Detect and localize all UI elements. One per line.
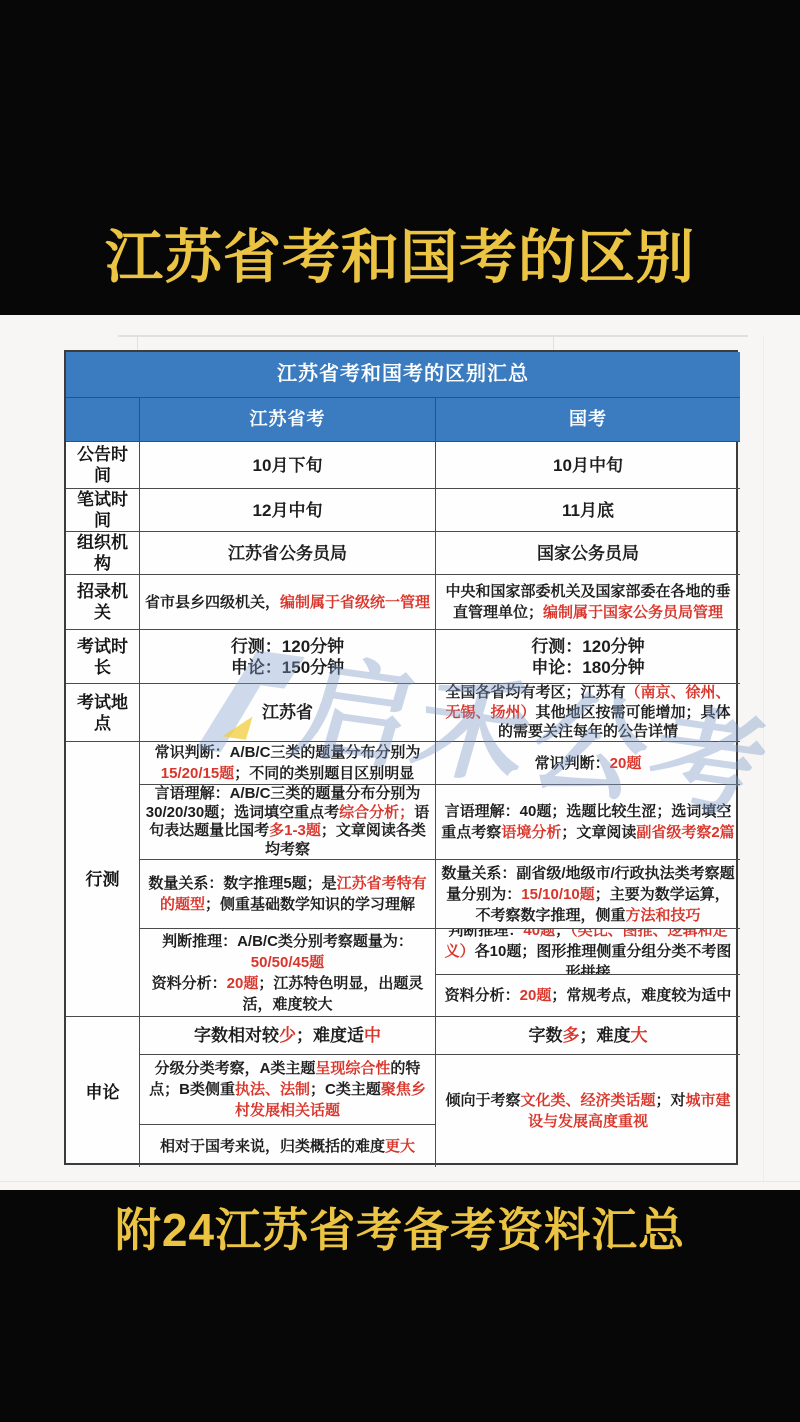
grid-artifact-line [553, 335, 554, 350]
table-title-text: 江苏省考和国考的区别汇总 [277, 364, 529, 385]
cell-organizer-js: 江苏省公务员局 [140, 532, 436, 575]
row-label-xingce: 行测 [66, 742, 140, 1017]
row-label-text: 招录机关 [69, 581, 136, 623]
col-header-text: 国考 [569, 409, 607, 430]
cell-text: 数量关系：副省级/地级市/行政执法类考察题量分别为：15/10/10题；主要为数… [439, 863, 737, 926]
cell-text: 10月中旬 [553, 455, 623, 476]
col-header-guokao: 国考 [436, 398, 740, 442]
cell-text: 相对于国考来说，归类概括的难度更大 [160, 1136, 415, 1157]
cell-location-gk: 全国各省均有考区；江苏有（南京、徐州、无锡、扬州）其他地区按需可能增加；具体的需… [436, 684, 740, 742]
cell-announce-js: 10月下旬 [140, 442, 436, 489]
row-label-recruiting-agency: 招录机关 [66, 575, 140, 630]
cell-panduan-ziliao-js: 判断推理：A/B/C类分别考察题量为： 50/50/45题 资料分析：20题；江… [140, 929, 436, 1017]
row-label-text: 笔试时间 [69, 489, 136, 531]
cell-text: 数量关系：数字推理5题；是江苏省考特有的题型；侧重基础数学知识的学习理解 [143, 873, 432, 915]
cell-organizer-gk: 国家公务员局 [436, 532, 740, 575]
cell-ziliao-gk: 资料分析：20题；常规考点，难度较为适中 [436, 975, 740, 1017]
cell-text: 全国各省均有考区；江苏有（南京、徐州、无锡、扬州）其他地区按需可能增加；具体的需… [439, 684, 737, 742]
bottom-banner: 附24江苏省考备考资料汇总 [0, 1190, 800, 1422]
cell-text: 国家公务员局 [537, 543, 639, 564]
col-header-text: 江苏省考 [250, 409, 326, 430]
cell-changshi-js: 常识判断：A/B/C三类的题量分布分别为15/20/15题；不同的类别题目区别明… [140, 742, 436, 785]
row-label-exam-location: 考试地点 [66, 684, 140, 742]
grid-artifact-line [118, 335, 748, 337]
grid-artifact-line [0, 1181, 800, 1182]
row-label-text: 行测 [86, 869, 120, 890]
row-label-announce-time: 公告时间 [66, 442, 140, 489]
row-label-written-exam-time: 笔试时间 [66, 489, 140, 532]
col-header-jiangsu: 江苏省考 [140, 398, 436, 442]
cell-zishu-js: 字数相对较少；难度适中 [140, 1017, 436, 1055]
cell-shuliang-gk: 数量关系：副省级/地级市/行政执法类考察题量分别为：15/10/10题；主要为数… [436, 860, 740, 929]
cell-recruit-gk: 中央和国家部委机关及国家部委在各地的垂直管理单位；编制属于国家公务员局管理 [436, 575, 740, 630]
cell-changshi-gk: 常识判断：20题 [436, 742, 740, 785]
cell-duration-js: 行测：120分钟 申论：150分钟 [140, 630, 436, 684]
bottom-banner-text: 附24江苏省考备考资料汇总 [0, 1204, 800, 1256]
top-banner: 江苏省考和国考的区别 [0, 0, 800, 315]
cell-text: 行测：120分钟 申论：150分钟 [231, 636, 344, 678]
cell-written-gk: 11月底 [436, 489, 740, 532]
cell-text: 江苏省 [262, 702, 313, 723]
cell-text: 中央和国家部委机关及国家部委在各地的垂直管理单位；编制属于国家公务员局管理 [439, 581, 737, 623]
col-header-empty [66, 398, 140, 442]
content-area: 江苏省考和国考的区别汇总 江苏省考 国考 公告时间 10月下旬 10月中旬 笔试… [0, 315, 800, 1190]
cell-duration-gk: 行测：120分钟 申论：180分钟 [436, 630, 740, 684]
cell-text: 行测：120分钟 申论：180分钟 [531, 636, 644, 678]
cell-text: 常识判断：20题 [535, 753, 642, 774]
cell-panduan-gk: 判断推理：40题；（类比、图推、逻辑和定义）各10题；图形推理侧重分组分类不考图… [436, 929, 740, 975]
cell-text: 言语理解：40题；选题比较生涩；选词填空重点考察语境分析；文章阅读副省级考察2篇 [439, 801, 737, 843]
cell-text: 判断推理：40题；（类比、图推、逻辑和定义）各10题；图形推理侧重分组分类不考图… [439, 929, 737, 975]
cell-text: 常识判断：A/B/C三类的题量分布分别为15/20/15题；不同的类别题目区别明… [143, 742, 432, 784]
cell-text: 判断推理：A/B/C类分别考察题量为： 50/50/45题 资料分析：20题；江… [143, 931, 432, 1015]
cell-text: 12月中旬 [253, 500, 323, 521]
comparison-table: 江苏省考和国考的区别汇总 江苏省考 国考 公告时间 10月下旬 10月中旬 笔试… [64, 350, 738, 1165]
cell-announce-gk: 10月中旬 [436, 442, 740, 489]
table-title: 江苏省考和国考的区别汇总 [66, 352, 740, 398]
cell-shuliang-js: 数量关系：数字推理5题；是江苏省考特有的题型；侧重基础数学知识的学习理解 [140, 860, 436, 929]
cell-written-js: 12月中旬 [140, 489, 436, 532]
cell-recruit-js: 省市县乡四级机关，编制属于省级统一管理 [140, 575, 436, 630]
cell-text: 10月下旬 [253, 455, 323, 476]
cell-yanyu-js: 言语理解：A/B/C三类的题量分布分别为30/20/30题；选词填空重点考综合分… [140, 785, 436, 860]
row-label-exam-duration: 考试时长 [66, 630, 140, 684]
page-title: 江苏省考和国考的区别 [0, 226, 800, 290]
row-label-organizer: 组织机构 [66, 532, 140, 575]
row-label-text: 考试时长 [69, 636, 136, 678]
cell-text: 言语理解：A/B/C三类的题量分布分别为30/20/30题；选词填空重点考综合分… [143, 785, 432, 859]
cell-text: 倾向于考察文化类、经济类话题；对城市建设与发展高度重视 [439, 1090, 737, 1132]
cell-zishu-gk: 字数多；难度大 [436, 1017, 740, 1055]
row-label-text: 公告时间 [69, 444, 136, 486]
row-label-text: 组织机构 [69, 532, 136, 574]
cell-qingxiang-gk: 倾向于考察文化类、经济类话题；对城市建设与发展高度重视 [436, 1055, 740, 1167]
grid-artifact-line [763, 335, 764, 1181]
cell-text: 字数多；难度大 [529, 1025, 648, 1046]
row-label-shenlun: 申论 [66, 1017, 140, 1167]
cell-text: 省市县乡四级机关，编制属于省级统一管理 [145, 592, 430, 613]
cell-yanyu-gk: 言语理解：40题；选题比较生涩；选词填空重点考察语境分析；文章阅读副省级考察2篇 [436, 785, 740, 860]
cell-text: 11月底 [562, 500, 614, 521]
cell-fenji-js: 分级分类考察，A类主题呈现综合性的特点；B类侧重执法、法制；C类主题聚焦乡村发展… [140, 1055, 436, 1125]
row-label-text: 申论 [86, 1082, 120, 1103]
cell-location-js: 江苏省 [140, 684, 436, 742]
cell-text: 江苏省公务员局 [228, 543, 347, 564]
cell-guilei-js: 相对于国考来说，归类概括的难度更大 [140, 1125, 436, 1167]
cell-text: 资料分析：20题；常规考点，难度较为适中 [445, 985, 732, 1006]
row-label-text: 考试地点 [69, 692, 136, 734]
cell-text: 字数相对较少；难度适中 [194, 1025, 381, 1046]
grid-artifact-line [137, 335, 138, 350]
cell-text: 分级分类考察，A类主题呈现综合性的特点；B类侧重执法、法制；C类主题聚焦乡村发展… [143, 1058, 432, 1121]
